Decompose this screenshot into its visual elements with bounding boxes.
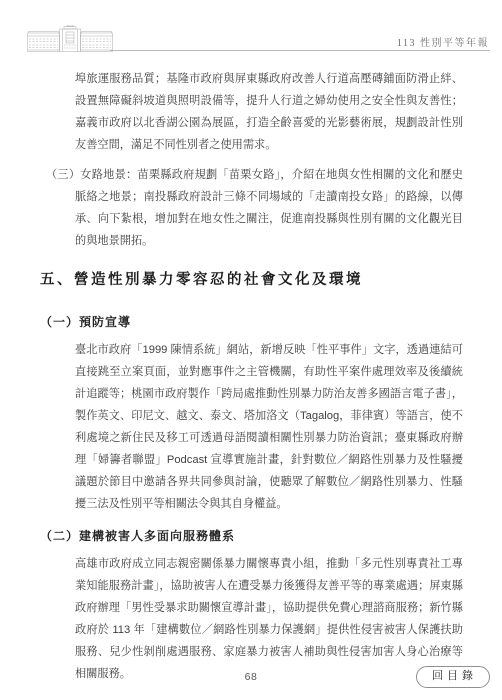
list-item-3-label: （三） (46, 169, 80, 181)
back-to-toc-button[interactable]: 回目錄 (416, 666, 490, 688)
subsection-2-paragraph: 高雄市政府成立同志親密關係暴力關懷專責小組，推動「多元性別專責社工專業知能服務計… (75, 553, 463, 685)
continuation-paragraph: 埠旅運服務品質；基隆市政府與屏東縣政府改善人行道高壓磚鋪面防滑止絆、設置無障礙斜… (75, 68, 463, 156)
page-header: 113 性別平等年報 (0, 0, 502, 56)
section-5-title: 五、營造性別暴力零容忍的社會文化及環境 (40, 270, 463, 290)
header-rule (110, 50, 490, 51)
subsection-1-title: （一）預防宣導 (40, 314, 463, 330)
edition-label: 113 性別平等年報 (397, 34, 489, 49)
subsection-1-paragraph: 臺北市政府「1999 陳情系統」網站，新增反映「性平事件」文字，透過連結可直接跳… (75, 339, 463, 515)
list-item-3-text: 女路地景：苗栗縣政府規劃「苗栗女路」，介紹在地與女性相關的文化和歷史脈絡之地景；… (75, 169, 463, 247)
main-content: 埠旅運服務品質；基隆市政府與屏東縣政府改善人行道高壓磚鋪面防滑止絆、設置無障礙斜… (40, 68, 463, 685)
list-item-3: （三）女路地景：苗栗縣政府規劃「苗栗女路」，介紹在地與女性相關的文化和歷史脈絡之… (46, 164, 463, 252)
government-building-icon (27, 25, 113, 52)
subsection-2-title: （二）建構被害人多面向服務體系 (40, 528, 463, 544)
document-page: 113 性別平等年報 埠旅運服務品質；基隆市政府與屏東縣政府改善人行道高壓磚鋪面… (0, 0, 502, 700)
